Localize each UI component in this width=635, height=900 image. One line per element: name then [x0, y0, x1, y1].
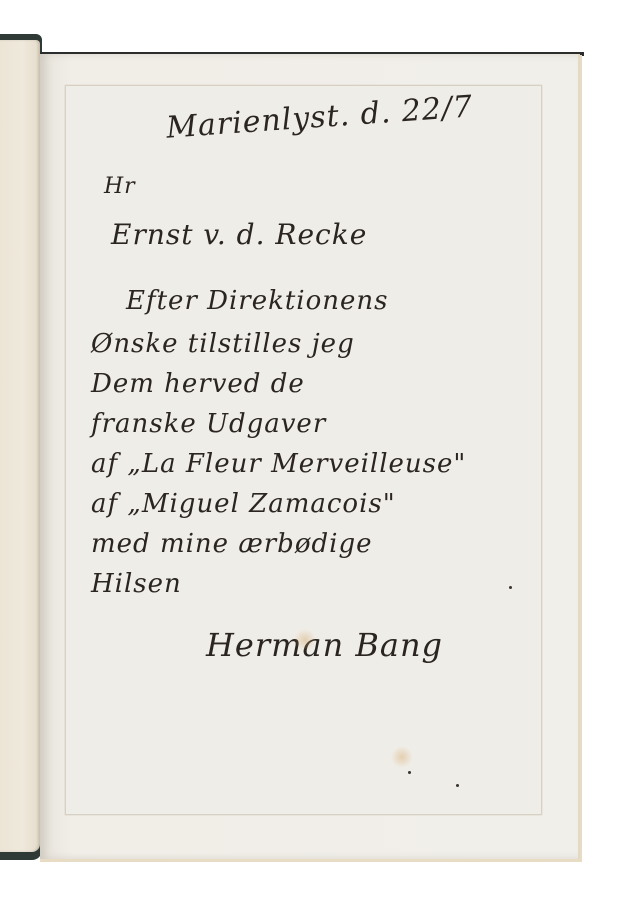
ink-dot	[408, 771, 411, 774]
ink-dot	[456, 784, 459, 787]
ink-dot	[509, 586, 512, 589]
letter-body-line: franske Udgaver	[91, 409, 326, 439]
foxing-stain	[294, 629, 316, 651]
mounted-letter: Marienlyst. d. 22/7 Hr Ernst v. d. Recke…	[65, 85, 542, 815]
letter-body-line: af „La Fleur Merveilleuse"	[91, 449, 466, 479]
letter-dateline: Marienlyst. d. 22/7	[165, 89, 474, 145]
letter-body-line: Hilsen	[91, 569, 182, 599]
letter-salutation-prefix: Hr	[104, 174, 136, 199]
letter-recipient: Ernst v. d. Recke	[111, 218, 367, 251]
book-left-page-edge	[0, 40, 40, 852]
letter-body-line: med mine ærbødige	[91, 529, 372, 559]
letter-body-line: Ønske tilstilles jeg	[91, 329, 355, 359]
letter-body-line: Dem herved de	[91, 369, 305, 399]
letter-body-line: af „Miguel Zamacois"	[91, 489, 396, 519]
letter-signature: Herman Bang	[206, 626, 443, 664]
foxing-stain	[391, 746, 413, 768]
letter-body-line: Efter Direktionens	[126, 286, 389, 316]
